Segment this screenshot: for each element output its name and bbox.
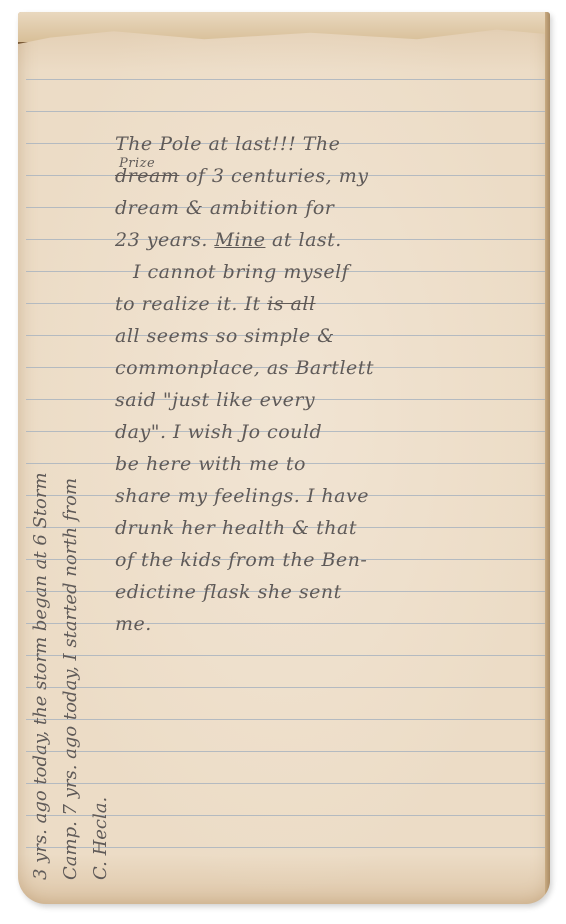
entry-line-3: dream & ambition for [115, 192, 535, 224]
entry-line-11: be here with me to [115, 448, 535, 480]
entry-line-7: all seems so simple & [115, 320, 535, 352]
margin-line-1: 3 yrs. ago today, the storm began at 6 S… [26, 100, 56, 880]
margin-line-3: C. Hecla. [86, 100, 116, 880]
entry-line-4-start: 23 years. [115, 229, 214, 251]
entry-line-1: The Pole at last!!! The [115, 128, 535, 160]
entry-line-6: to realize it. It is all [115, 288, 535, 320]
entry-line-5: I cannot bring myself [115, 256, 535, 288]
page-stack-edge [545, 12, 550, 904]
margin-note: 3 yrs. ago today, the storm began at 6 S… [26, 100, 116, 880]
entry-line-16: me. [115, 608, 535, 640]
entry-line-15: edictine flask she sent [115, 576, 535, 608]
entry-line-14: of the kids from the Ben- [115, 544, 535, 576]
entry-line-13: drunk her health & that [115, 512, 535, 544]
entry-line-2: Prizedream of 3 centuries, my [115, 160, 535, 192]
entry-line-9: said "just like every [115, 384, 535, 416]
margin-line-2: Camp. 7 yrs. ago today, I started north … [56, 100, 86, 880]
underlined-word: Mine [214, 229, 265, 251]
entry-line-10: day". I wish Jo could [115, 416, 535, 448]
inserted-word: Prize [119, 148, 155, 180]
diary-entry: The Pole at last!!! The Prizedream of 3 … [115, 128, 535, 640]
torn-top-edge [18, 12, 550, 44]
entry-line-12: share my feelings. I have [115, 480, 535, 512]
struck-phrase: is all [267, 293, 315, 315]
entry-line-2-text: of 3 centuries, my [179, 165, 368, 187]
entry-line-4: 23 years. Mine at last. [115, 224, 535, 256]
entry-line-6-start: to realize it. It [115, 293, 267, 315]
entry-line-8: commonplace, as Bartlett [115, 352, 535, 384]
entry-line-4-end: at last. [265, 229, 341, 251]
